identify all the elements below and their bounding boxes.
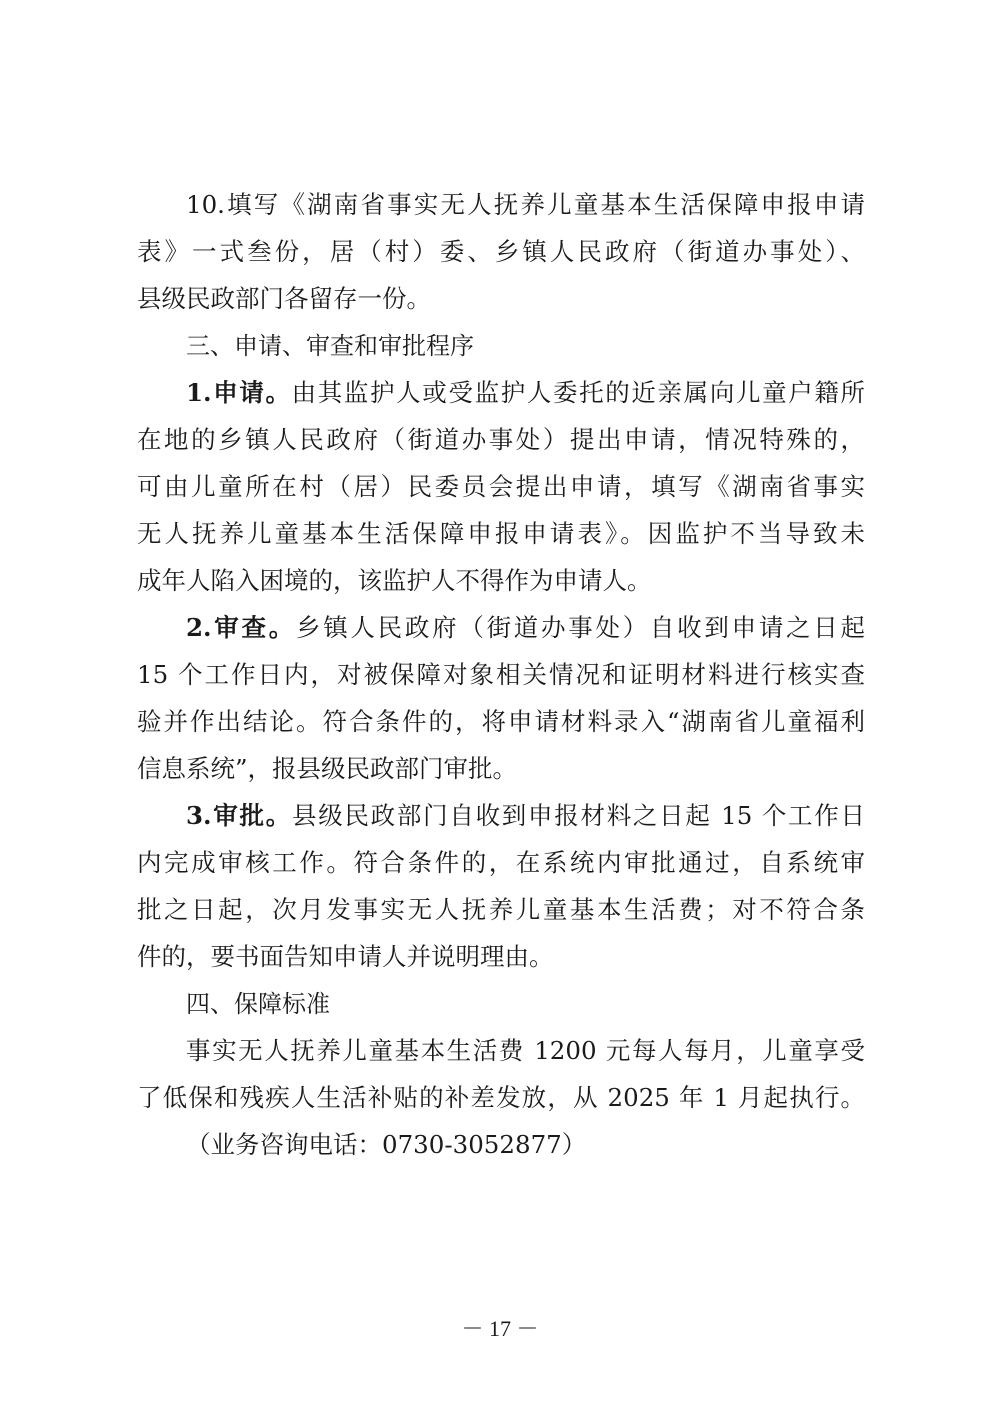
item10-line-3: 县级民政部门各留存一份。 [137,276,865,322]
contact-phone: （业务咨询电话：0730-3052877） [186,1122,865,1168]
step1-line-2: 在地的乡镇人民政府（街道办事处）提出申请，情况特殊的， [137,417,865,463]
step1-label: 1.申请。 [186,378,292,407]
step2-text: 乡镇人民政府（街道办事处）自收到申请之日起 [296,613,865,642]
step1-line-3: 可由儿童所在村（居）民委员会提出申请，填写《湖南省事实 [137,464,865,510]
section4-heading: 四、保障标准 [186,981,865,1027]
step2-line-1: 2.审查。乡镇人民政府（街道办事处）自收到申请之日起 [186,605,865,651]
step3-line-4: 件的，要书面告知申请人并说明理由。 [137,934,865,980]
step2-line-4: 信息系统”，报县级民政部门审批。 [137,746,865,792]
step1-text: 由其监护人或受监护人委托的近亲属向儿童户籍所 [292,378,865,407]
step1-line-1: 1.申请。由其监护人或受监护人委托的近亲属向儿童户籍所 [186,370,865,416]
step3-line-2: 内完成审核工作。符合条件的，在系统内审批通过，自系统审 [137,840,865,886]
item10-line-2: 表》一式叁份，居（村）委、乡镇人民政府（街道办事处）、 [137,229,865,275]
step1-line-4: 无人抚养儿童基本生活保障申报申请表》。因监护不当导致未 [137,511,865,557]
step2-line-3: 验并作出结论。符合条件的，将申请材料录入“湖南省儿童福利 [137,699,865,745]
step3-text: 县级民政部门自收到申报材料之日起 15 个工作日 [292,801,865,830]
step2-line-2: 15 个工作日内，对被保障对象相关情况和证明材料进行核实查 [137,652,865,698]
step1-line-5: 成年人陷入困境的，该监护人不得作为申请人。 [137,558,865,604]
step3-label: 3.审批。 [186,801,292,830]
step3-line-3: 批之日起，次月发事实无人抚养儿童基本生活费；对不符合条 [137,887,865,933]
page-number: － 17 － [0,1312,1000,1343]
step3-line-1: 3.审批。县级民政部门自收到申报材料之日起 15 个工作日 [186,793,865,839]
section3-heading: 三、申请、审查和审批程序 [186,323,865,369]
section4-line-2: 了低保和残疾人生活补贴的补差发放，从 2025 年 1 月起执行。 [137,1075,865,1121]
item10-line-1: 10.填写《湖南省事实无人抚养儿童基本生活保障申报申请 [186,182,865,228]
step2-label: 2.审查。 [186,613,296,642]
section4-line-1: 事实无人抚养儿童基本生活费 1200 元每人每月，儿童享受 [186,1028,865,1074]
